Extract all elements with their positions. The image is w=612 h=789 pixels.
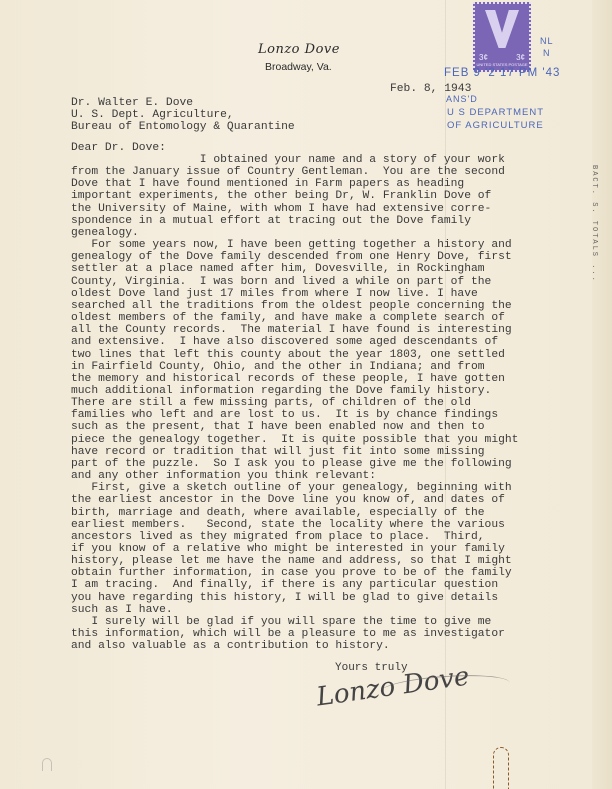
recipient-address: Dr. Walter E. Dove U. S. Dept. Agricultu… [71,97,295,133]
postmark-answered: ANS'D [446,94,478,104]
postage-stamp: 3¢ 3¢ UNITED STATES POSTAGE [473,2,531,72]
postmark-fragment: N [543,48,551,58]
margin-note: BACT. S. TOTALS ... [590,165,598,283]
paper-edge [592,0,612,789]
postmark-fragment: NL [540,36,554,46]
postmark-department: OF AGRICULTURE [447,120,544,131]
letterhead-name: Lonzo Dove [258,42,358,57]
stamp-value-right: 3¢ [516,53,525,62]
postmark-department: U S DEPARTMENT [447,107,544,118]
letter-body: I obtained your name and a story of your… [71,154,571,652]
pencil-mark-icon [42,758,52,771]
stamp-value-left: 3¢ [479,53,488,62]
letterhead-place: Broadway, Va. [265,61,332,73]
victory-eagle-icon [485,10,519,48]
stamp-values: 3¢ 3¢ [475,53,529,62]
postmark-date: FEB 9 '2 17 PM '43 [444,67,560,79]
salutation: Dear Dr. Dove: [71,142,166,154]
paperclip-mark-icon [493,747,509,789]
letter-date: Feb. 8, 1943 [390,83,471,95]
